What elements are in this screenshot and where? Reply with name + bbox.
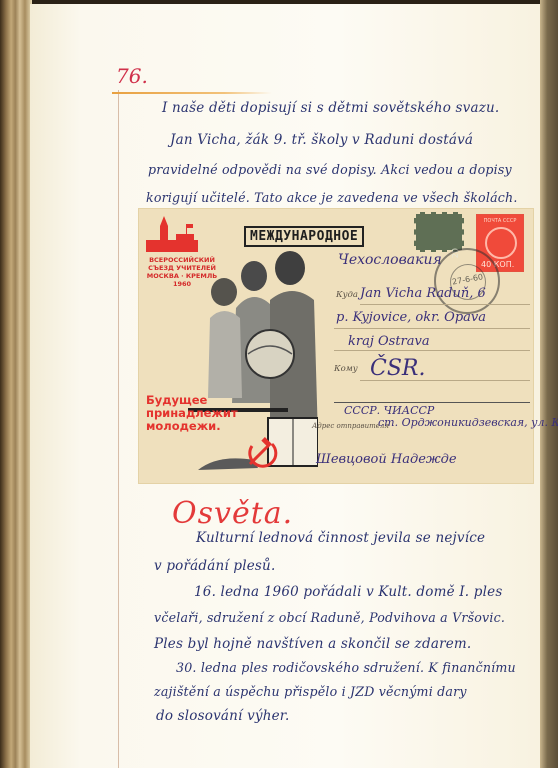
country-line: Чехословакия [338,252,442,268]
section-heading: Osvěta. [172,496,293,531]
page-number: 76. [116,64,148,88]
envelope-slogan: Будущее принадлежит молодежи. [146,394,238,433]
text-line: v pořádání plesů. [154,558,275,574]
page-edge [540,0,558,768]
hammer-sickle-icon [244,436,278,470]
margin-line [118,90,119,768]
kuda-label: Куда [336,290,358,300]
state-emblem-icon [485,227,517,259]
text-line: Ples byl hojně navštíven a skončil se zd… [154,636,471,652]
text-line: 30. ledna ples rodičovského sdružení. K … [176,660,516,675]
sender-line: ст. Орджоникидзевская, ул. Калинина, 56 [378,416,558,429]
sender-line: Шевцовой Надежде [316,452,457,467]
komu-label: Кому [334,364,358,374]
komu-value: ČSR. [370,356,425,381]
address-divider [334,402,530,403]
text-line: Jan Vicha, žák 9. tř. školy v Raduni dos… [170,132,473,148]
address-line [334,350,530,351]
text-line: Kulturní lednová činnost jevila se nejví… [196,530,485,546]
recipient-line: kraj Ostrava [348,334,430,349]
postage-stamp-green: 20 [414,212,464,252]
text-line: zajištění a úspěchu přispělo i JZD věcný… [154,684,467,699]
address-line [360,304,530,305]
text-line: pravidelné odpovědi na své dopisy. Akci … [148,162,512,177]
recipient-line: p. Kyjovice, okr. Opava [336,310,486,325]
text-line: včelaři, sdružení z obcí Raduně, Podviho… [154,610,505,625]
text-line: I naše děti dopisují si s dětmi sovětské… [162,100,499,116]
book-spine [0,0,32,768]
text-line: korigují učitelé. Tato akce je zavedena … [146,190,518,205]
header-rule [112,92,272,94]
address-line [334,328,530,329]
international-label: МЕЖДУНАРОДНОЕ [244,226,364,247]
text-line: do slosování výher. [156,708,289,724]
recipient-line: Jan Vicha Raduň, 6 [360,286,486,301]
postal-envelope: ВСЕРОССИЙСКИЙ СЪЕЗД УЧИТЕЛЕЙ МОСКВА · КР… [138,208,534,484]
text-line: 16. ledna 1960 pořádali v Kult. domě I. … [194,584,502,600]
